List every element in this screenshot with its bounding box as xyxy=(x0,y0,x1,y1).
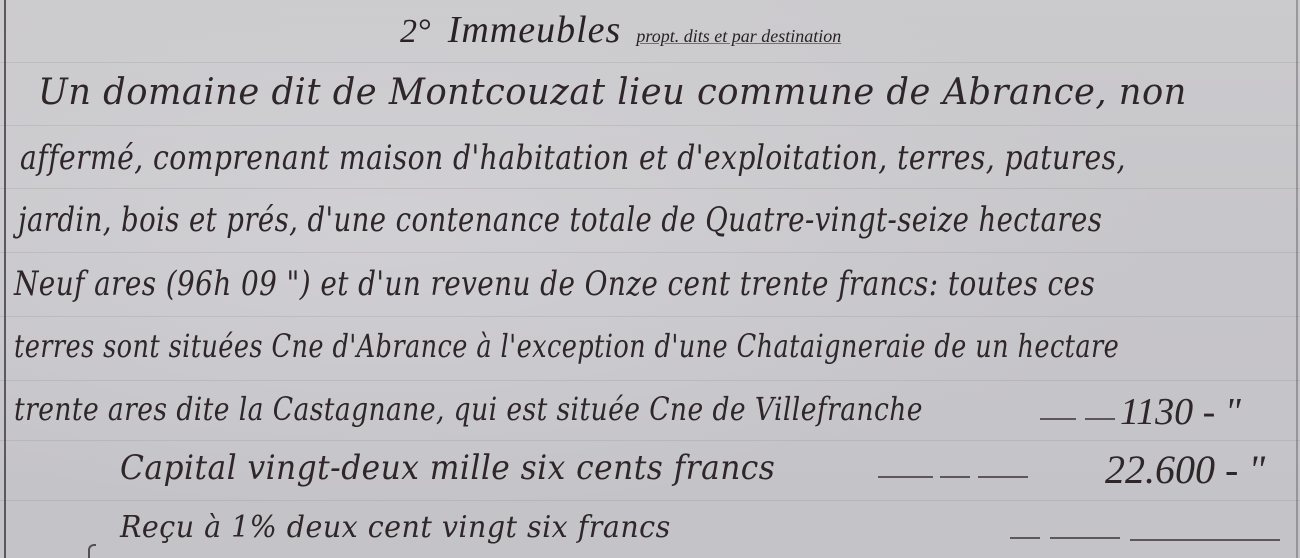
body-line-6: trente ares dite la Castagnane, qui est … xyxy=(14,390,1109,428)
body-line-4: Neuf ares (96h 09 ") et d'un revenu de O… xyxy=(14,264,1300,304)
document-page: 2° Immeubles propt. dits et par destinat… xyxy=(0,0,1300,558)
ruled-line xyxy=(0,380,1300,381)
filler-dash xyxy=(1040,418,1076,420)
filler-dash xyxy=(940,476,970,478)
section-number: 2° xyxy=(400,13,431,50)
body-line-3: jardin, bois et prés, d'une contenance t… xyxy=(18,200,1300,240)
ruled-line xyxy=(0,252,1300,253)
ruled-line xyxy=(0,188,1300,189)
ruled-line xyxy=(0,62,1300,63)
left-margin-rule xyxy=(4,0,6,558)
body-line-text: Un domaine dit de Montcouzat lieu commun… xyxy=(38,72,1187,113)
section-title: Immeubles xyxy=(448,9,622,51)
section-heading: 2° Immeubles propt. dits et par destinat… xyxy=(400,8,841,52)
body-line-text: jardin, bois et prés, d'une contenance t… xyxy=(18,200,1102,240)
section-subtitle: propt. dits et par destination xyxy=(636,26,841,46)
filler-dash xyxy=(978,476,1028,478)
filler-dash xyxy=(1130,539,1280,541)
filler-dash xyxy=(878,476,933,478)
body-line-text: terres sont situées Cne d'Abrance à l'ex… xyxy=(14,327,1119,365)
ruled-line xyxy=(0,440,1300,441)
receipt-text: Reçu à 1% deux cent vingt six francs xyxy=(120,510,671,545)
filler-dash xyxy=(1085,418,1115,420)
body-line-text: Neuf ares (96h 09 ") et d'un revenu de O… xyxy=(14,264,1095,304)
body-line-2: affermé, comprenant maison d'habitation … xyxy=(20,138,1300,178)
body-line-1: Un domaine dit de Montcouzat lieu commun… xyxy=(38,72,1210,113)
filler-dash xyxy=(1050,537,1120,539)
body-line-text: trente ares dite la Castagnane, qui est … xyxy=(14,390,923,428)
ruled-line xyxy=(0,500,1300,501)
body-line-text: affermé, comprenant maison d'habitation … xyxy=(20,138,1126,178)
next-line-pen-stroke xyxy=(88,544,96,558)
revenue-amount: 1130 - " xyxy=(1120,390,1241,434)
capital-line: Capital vingt-deux mille six cents franc… xyxy=(120,448,832,488)
capital-amount: 22.600 - " xyxy=(1105,446,1265,493)
body-line-5: terres sont situées Cne d'Abrance à l'ex… xyxy=(14,327,1300,365)
receipt-line: Reçu à 1% deux cent vingt six francs xyxy=(120,510,700,545)
capital-text: Capital vingt-deux mille six cents franc… xyxy=(120,448,775,488)
filler-dash xyxy=(1010,537,1040,539)
ruled-line xyxy=(0,316,1300,317)
ruled-line xyxy=(0,125,1300,126)
